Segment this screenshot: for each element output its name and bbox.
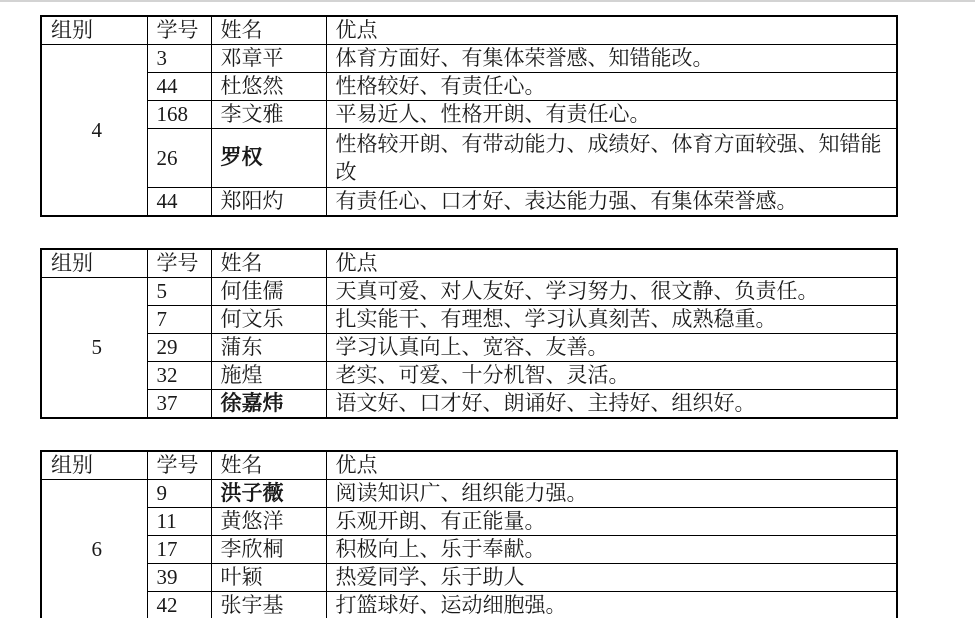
table-row: 5 5 何佳儒 天真可爱、对人友好、学习努力、很文静、负责任。: [41, 278, 897, 306]
table-row: 7 何文乐 扎实能干、有理想、学习认真刻苦、成熟稳重。: [41, 306, 897, 334]
header-name: 姓名: [211, 16, 326, 45]
table-row: 17 李欣桐 积极向上、乐于奉献。: [41, 536, 897, 564]
table-row: 44 郑阳灼 有责任心、口才好、表达能力强、有集体荣誉感。: [41, 188, 897, 217]
group-number-cell: 6: [41, 480, 147, 618]
merits-cell: 语文好、口才好、朗诵好、主持好、组织好。: [326, 390, 897, 419]
header-name: 姓名: [211, 249, 326, 278]
group-6-table: 组别 学号 姓名 优点 6 9 洪子薇 阅读知识广、组织能力强。 11 黄悠洋 …: [40, 450, 898, 618]
header-name: 姓名: [211, 451, 326, 480]
header-row: 组别 学号 姓名 优点: [41, 16, 897, 45]
document-page: 组别 学号 姓名 优点 4 3 邓章平 体育方面好、有集体荣誉感、知错能改。 4…: [0, 2, 975, 618]
student-id-cell: 44: [147, 73, 211, 101]
student-name-cell: 黄悠洋: [211, 508, 326, 536]
student-name-cell: 邓章平: [211, 45, 326, 73]
student-name-cell: 罗权: [211, 129, 326, 188]
student-id-cell: 7: [147, 306, 211, 334]
group-5-table: 组别 学号 姓名 优点 5 5 何佳儒 天真可爱、对人友好、学习努力、很文静、负…: [40, 248, 898, 419]
student-id-cell: 32: [147, 362, 211, 390]
merits-cell: 天真可爱、对人友好、学习努力、很文静、负责任。: [326, 278, 897, 306]
header-group: 组别: [41, 16, 147, 45]
header-group: 组别: [41, 249, 147, 278]
student-name-cell: 徐嘉炜: [211, 390, 326, 419]
merits-cell: 体育方面好、有集体荣誉感、知错能改。: [326, 45, 897, 73]
table-row: 37 徐嘉炜 语文好、口才好、朗诵好、主持好、组织好。: [41, 390, 897, 419]
header-student-id: 学号: [147, 249, 211, 278]
student-id-cell: 168: [147, 101, 211, 129]
header-merits: 优点: [326, 249, 897, 278]
student-name-cell: 郑阳灼: [211, 188, 326, 217]
table-row: 44 杜悠然 性格较好、有责任心。: [41, 73, 897, 101]
header-merits: 优点: [326, 16, 897, 45]
table-row: 39 叶颖 热爱同学、乐于助人: [41, 564, 897, 592]
student-name-cell: 蒲东: [211, 334, 326, 362]
student-id-cell: 42: [147, 592, 211, 618]
student-id-cell: 39: [147, 564, 211, 592]
table-row: 32 施煌 老实、可爱、十分机智、灵活。: [41, 362, 897, 390]
student-id-cell: 44: [147, 188, 211, 217]
student-name-cell: 张宇基: [211, 592, 326, 618]
merits-cell: 学习认真向上、宽容、友善。: [326, 334, 897, 362]
student-name-cell: 叶颖: [211, 564, 326, 592]
student-id-cell: 9: [147, 480, 211, 508]
student-name-cell: 洪子薇: [211, 480, 326, 508]
student-name-cell: 杜悠然: [211, 73, 326, 101]
merits-cell: 积极向上、乐于奉献。: [326, 536, 897, 564]
student-id-cell: 11: [147, 508, 211, 536]
table-row: 4 3 邓章平 体育方面好、有集体荣誉感、知错能改。: [41, 45, 897, 73]
student-name-cell: 施煌: [211, 362, 326, 390]
header-merits: 优点: [326, 451, 897, 480]
merits-cell: 热爱同学、乐于助人: [326, 564, 897, 592]
group-4-table: 组别 学号 姓名 优点 4 3 邓章平 体育方面好、有集体荣誉感、知错能改。 4…: [40, 15, 898, 217]
student-name-cell: 李欣桐: [211, 536, 326, 564]
merits-cell: 性格较好、有责任心。: [326, 73, 897, 101]
student-name-cell: 何佳儒: [211, 278, 326, 306]
merits-cell: 扎实能干、有理想、学习认真刻苦、成熟稳重。: [326, 306, 897, 334]
student-id-cell: 3: [147, 45, 211, 73]
student-name-cell: 何文乐: [211, 306, 326, 334]
merits-cell: 有责任心、口才好、表达能力强、有集体荣誉感。: [326, 188, 897, 217]
student-id-cell: 5: [147, 278, 211, 306]
table-row: 6 9 洪子薇 阅读知识广、组织能力强。: [41, 480, 897, 508]
merits-cell: 乐观开朗、有正能量。: [326, 508, 897, 536]
merits-cell: 平易近人、性格开朗、有责任心。: [326, 101, 897, 129]
student-id-cell: 37: [147, 390, 211, 419]
student-id-cell: 26: [147, 129, 211, 188]
header-row: 组别 学号 姓名 优点: [41, 249, 897, 278]
header-student-id: 学号: [147, 451, 211, 480]
table-row: 42 张宇基 打篮球好、运动细胞强。: [41, 592, 897, 618]
group-number-cell: 4: [41, 45, 147, 217]
table-row: 26 罗权 性格较开朗、有带动能力、成绩好、体育方面较强、知错能改: [41, 129, 897, 188]
header-student-id: 学号: [147, 16, 211, 45]
student-id-cell: 17: [147, 536, 211, 564]
header-row: 组别 学号 姓名 优点: [41, 451, 897, 480]
student-id-cell: 29: [147, 334, 211, 362]
group-number-cell: 5: [41, 278, 147, 419]
merits-cell: 性格较开朗、有带动能力、成绩好、体育方面较强、知错能改: [326, 129, 897, 188]
merits-cell: 打篮球好、运动细胞强。: [326, 592, 897, 618]
merits-cell: 阅读知识广、组织能力强。: [326, 480, 897, 508]
table-row: 168 李文雅 平易近人、性格开朗、有责任心。: [41, 101, 897, 129]
student-name-cell: 李文雅: [211, 101, 326, 129]
merits-cell: 老实、可爱、十分机智、灵活。: [326, 362, 897, 390]
table-row: 11 黄悠洋 乐观开朗、有正能量。: [41, 508, 897, 536]
header-group: 组别: [41, 451, 147, 480]
table-row: 29 蒲东 学习认真向上、宽容、友善。: [41, 334, 897, 362]
